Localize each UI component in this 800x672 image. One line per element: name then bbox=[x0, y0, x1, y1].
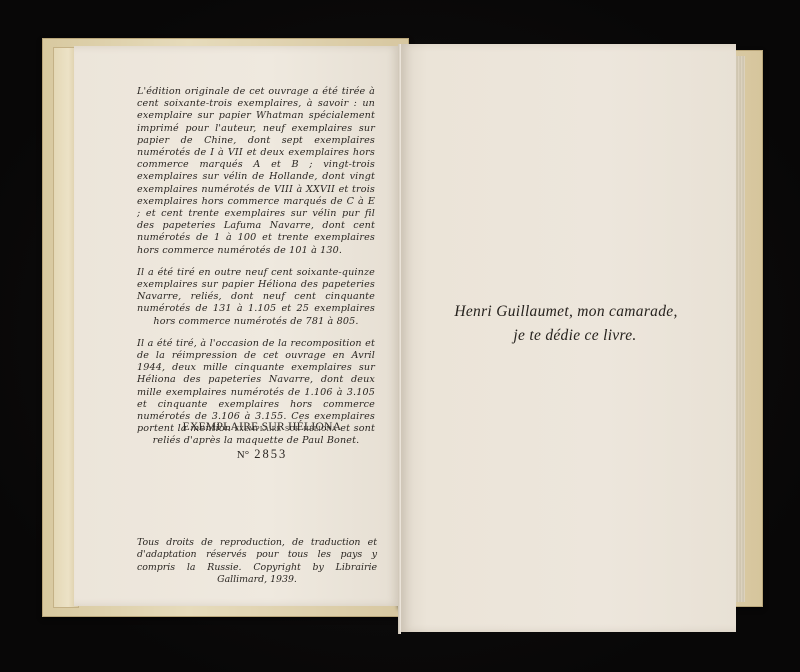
colophon-text: L'édition originale de cet ouvrage a été… bbox=[137, 86, 375, 458]
copy-number-line: N° 2853 bbox=[140, 447, 384, 462]
copy-number: 2853 bbox=[254, 447, 287, 461]
colophon-paragraph-1: L'édition originale de cet ouvrage a été… bbox=[137, 86, 375, 257]
copy-label: EXEMPLAIRE SUR HÉLIONA bbox=[140, 421, 384, 433]
rights-notice: Tous droits de reproduction, de traducti… bbox=[137, 537, 377, 587]
colophon-paragraph-2: Il a été tiré en outre neuf cent soixant… bbox=[137, 267, 375, 328]
page-block-edges bbox=[735, 56, 745, 602]
dedication-line-2: je te dédie ce livre. bbox=[430, 324, 720, 348]
book-gutter bbox=[398, 44, 401, 634]
number-prefix: N° bbox=[237, 449, 249, 461]
dedication: Henri Guillaumet, mon camarade, je te dé… bbox=[430, 300, 720, 348]
colophon-p3-text: Il a été tiré, à l'occasion de la recomp… bbox=[137, 338, 375, 434]
dedication-line-1: Henri Guillaumet, mon camarade, bbox=[412, 300, 720, 324]
